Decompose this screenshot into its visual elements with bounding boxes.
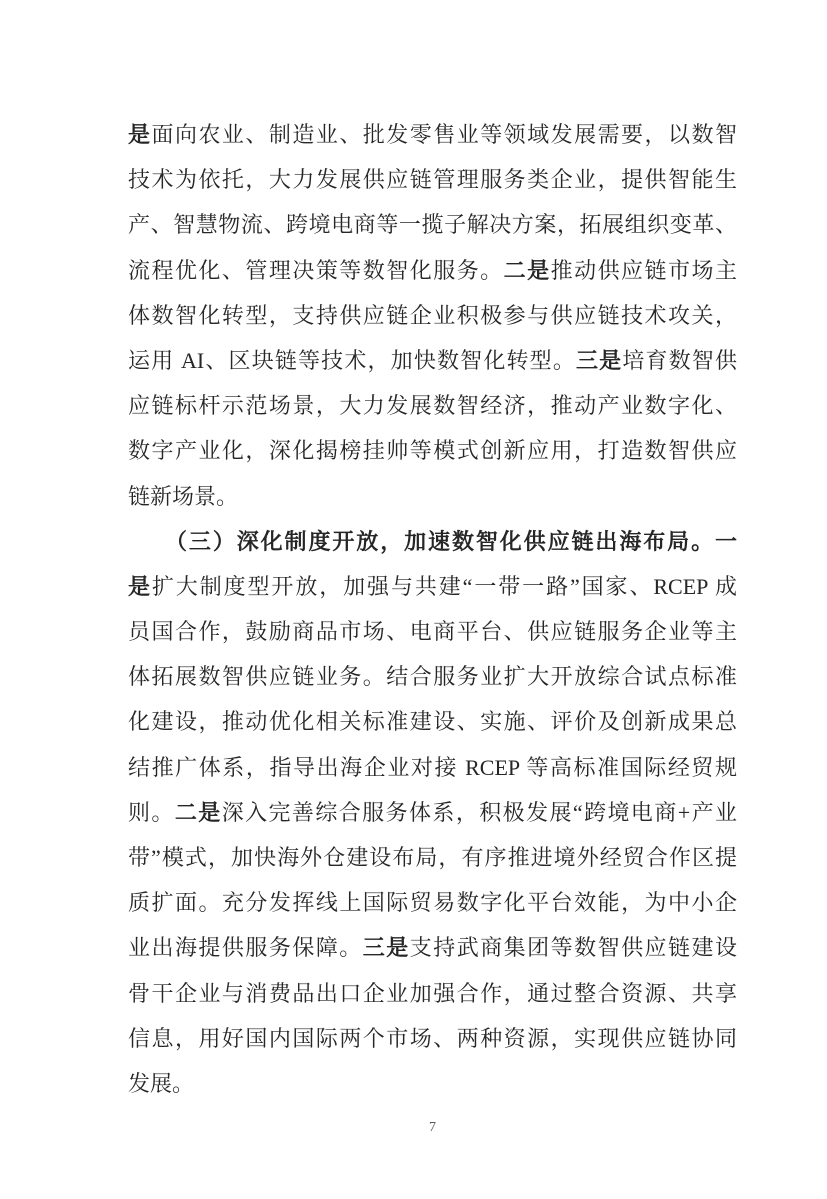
text-line: 化建设，推动优化相关标准建设、实施、评价及创新成果总 xyxy=(128,699,737,744)
bold-text-segment: （三）深化制度开放，加速数智化供应链出海布局。一 xyxy=(165,529,737,554)
text-segment: 骨干企业与消费品出口企业加强合作，通过整合资源、共享 xyxy=(128,981,737,1006)
text-segment: 运用 AI、区块链等技术，加快数智化转型。 xyxy=(128,348,576,373)
text-segment: 流程优化、管理决策等数智化服务。 xyxy=(128,258,504,283)
text-segment: 结推广体系，指导出海企业对接 RCEP 等高标准国际经贸规 xyxy=(128,755,737,780)
text-line: 体数智化转型，支持供应链企业积极参与供应链技术攻关， xyxy=(128,293,737,338)
text-segment: 数字产业化，深化揭榜挂帅等模式创新应用，打造数智供应 xyxy=(128,438,737,463)
text-segment: 面向农业、制造业、批发零售业等领域发展需要，以数智 xyxy=(151,122,737,147)
text-segment: 培育数智供 xyxy=(622,348,737,373)
bold-text-segment: 三是 xyxy=(363,935,410,960)
bold-text-segment: 是 xyxy=(128,122,151,147)
text-line: 技术为依托，大力发展供应链管理服务类企业，提供智能生 xyxy=(128,157,737,202)
text-line: 业出海提供服务保障。三是支持武商集团等数智供应链建设 xyxy=(128,925,737,970)
bold-text-segment: 是 xyxy=(128,574,152,599)
document-page: 是面向农业、制造业、批发零售业等领域发展需要，以数智技术为依托，大力发展供应链管… xyxy=(0,0,827,1199)
text-segment: 体数智化转型，支持供应链企业积极参与供应链技术攻关， xyxy=(128,303,737,328)
text-segment: 链新场景。 xyxy=(128,484,238,509)
text-line: 质扩面。充分发挥线上国际贸易数字化平台效能，为中小企 xyxy=(128,880,737,925)
text-segment: 深入完善综合服务体系，积极发展“跨境电商+产业 xyxy=(222,800,737,825)
text-line: 骨干企业与消费品出口企业加强合作，通过整合资源、共享 xyxy=(128,971,737,1016)
text-line: 运用 AI、区块链等技术，加快数智化转型。三是培育数智供 xyxy=(128,338,737,383)
text-segment: 应链标杆示范场景，大力发展数智经济，推动产业数字化、 xyxy=(128,393,737,418)
text-segment: 技术为依托，大力发展供应链管理服务类企业，提供智能生 xyxy=(128,167,737,192)
text-line: 是扩大制度型开放，加强与共建“一带一路”国家、RCEP 成 xyxy=(128,564,737,609)
text-segment: 扩大制度型开放，加强与共建“一带一路”国家、RCEP 成 xyxy=(152,574,737,599)
text-line: 信息，用好国内国际两个市场、两种资源，实现供应链协同 xyxy=(128,1016,737,1061)
text-segment: 支持武商集团等数智供应链建设 xyxy=(410,935,737,960)
bold-text-segment: 三是 xyxy=(576,348,622,373)
text-line: 员国合作，鼓励商品市场、电商平台、供应链服务企业等主 xyxy=(128,609,737,654)
text-line: 则。二是深入完善综合服务体系，积极发展“跨境电商+产业 xyxy=(128,790,737,835)
bold-text-segment: 二是 xyxy=(175,800,222,825)
bold-text-segment: 二是 xyxy=(504,258,551,283)
text-line: 应链标杆示范场景，大力发展数智经济，推动产业数字化、 xyxy=(128,383,737,428)
text-segment: 则。 xyxy=(128,800,175,825)
text-block: 是面向农业、制造业、批发零售业等领域发展需要，以数智技术为依托，大力发展供应链管… xyxy=(128,112,737,1106)
text-line: 产、智慧物流、跨境电商等一揽子解决方案，拓展组织变革、 xyxy=(128,202,737,247)
text-line: 是面向农业、制造业、批发零售业等领域发展需要，以数智 xyxy=(128,112,737,157)
text-segment: 产、智慧物流、跨境电商等一揽子解决方案，拓展组织变革、 xyxy=(128,212,737,237)
text-line: 发展。 xyxy=(128,1061,737,1106)
text-line: 流程优化、管理决策等数智化服务。二是推动供应链市场主 xyxy=(128,248,737,293)
text-line: 数字产业化，深化揭榜挂帅等模式创新应用，打造数智供应 xyxy=(128,428,737,473)
text-segment: 化建设，推动优化相关标准建设、实施、评价及创新成果总 xyxy=(128,709,737,734)
text-segment: 推动供应链市场主 xyxy=(551,258,737,283)
text-line: 体拓展数智供应链业务。结合服务业扩大开放综合试点标准 xyxy=(128,654,737,699)
text-line: 带”模式，加快海外仓建设布局，有序推进境外经贸合作区提 xyxy=(128,835,737,880)
text-line: （三）深化制度开放，加速数智化供应链出海布局。一 xyxy=(128,519,737,564)
text-segment: 信息，用好国内国际两个市场、两种资源，实现供应链协同 xyxy=(128,1026,737,1051)
text-line: 结推广体系，指导出海企业对接 RCEP 等高标准国际经贸规 xyxy=(128,745,737,790)
text-segment: 员国合作，鼓励商品市场、电商平台、供应链服务企业等主 xyxy=(128,619,737,644)
text-segment: 带”模式，加快海外仓建设布局，有序推进境外经贸合作区提 xyxy=(128,845,737,870)
page-number: 7 xyxy=(128,1120,737,1136)
paragraph-section-three: （三）深化制度开放，加速数智化供应链出海布局。一是扩大制度型开放，加强与共建“一… xyxy=(128,519,737,1106)
text-segment: 质扩面。充分发挥线上国际贸易数字化平台效能，为中小企 xyxy=(128,890,737,915)
text-segment: 体拓展数智供应链业务。结合服务业扩大开放综合试点标准 xyxy=(128,664,737,689)
text-line: 链新场景。 xyxy=(128,474,737,519)
text-segment: 业出海提供服务保障。 xyxy=(128,935,363,960)
text-segment: 发展。 xyxy=(128,1071,194,1096)
paragraph-continued-measures: 是面向农业、制造业、批发零售业等领域发展需要，以数智技术为依托，大力发展供应链管… xyxy=(128,112,737,519)
